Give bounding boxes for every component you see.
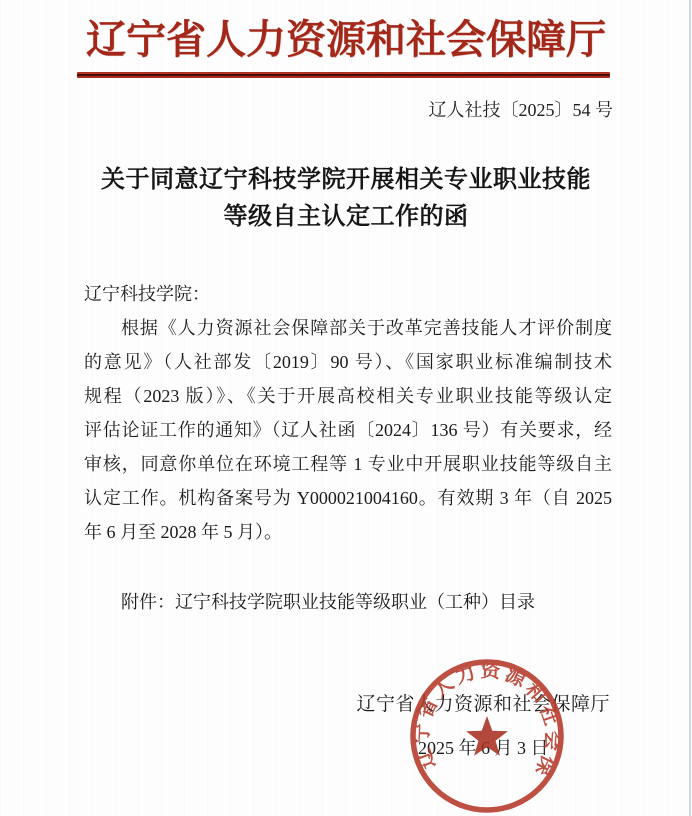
body-line: 审核，同意你单位在环境工程等 1 专业中开展职业技能等级自主 (84, 447, 612, 481)
document-title-line-1: 关于同意辽宁科技学院开展相关专业职业技能 (0, 161, 692, 198)
attachment-note: 附件：辽宁科技学院职业技能等级职业（工种）目录 (84, 588, 612, 614)
signature-block: 辽宁省人力资源和社会保障厅 2025 年 6 月 3 日 (356, 692, 610, 760)
salutation-line: 辽宁科技学院： (84, 277, 612, 311)
page-edge-shadow (689, 0, 691, 816)
document-title-line-2: 等级自主认定工作的函 (0, 198, 692, 235)
body-line: 认定工作。机构备案号为 Y000021004160。有效期 3 年（自 2025 (84, 481, 612, 515)
document-title: 关于同意辽宁科技学院开展相关专业职业技能 等级自主认定工作的函 (0, 161, 692, 235)
signature-organization: 辽宁省人力资源和社会保障厅 (356, 692, 610, 718)
signature-date: 2025 年 6 月 3 日 (356, 734, 610, 760)
document-reference-number: 辽人社技〔2025〕54 号 (0, 96, 613, 122)
letter-body: 辽宁科技学院： 根据《人力资源社会保障部关于改革完善技能人才评价制度 的意见》（… (84, 277, 612, 549)
body-line: 年 6 月至 2028 年 5 月）。 (84, 515, 612, 549)
body-line: 规程（2023 版）》、《关于开展高校相关专业职业技能等级认定 (84, 379, 612, 413)
body-line: 评估论证工作的通知》（辽人社函〔2024〕136 号）有关要求，经 (84, 413, 612, 447)
issuing-authority-masthead: 辽宁省人力资源和社会保障厅 (0, 8, 692, 65)
masthead-divider-rule (77, 72, 610, 78)
body-line: 的意见》（人社部发〔2019〕90 号）、《国家职业标准编制技术 (84, 345, 612, 379)
official-letter-page: 辽宁省人力资源和社会保障厅 辽人社技〔2025〕54 号 关于同意辽宁科技学院开… (0, 0, 692, 816)
body-line: 根据《人力资源社会保障部关于改革完善技能人才评价制度 (84, 311, 612, 345)
